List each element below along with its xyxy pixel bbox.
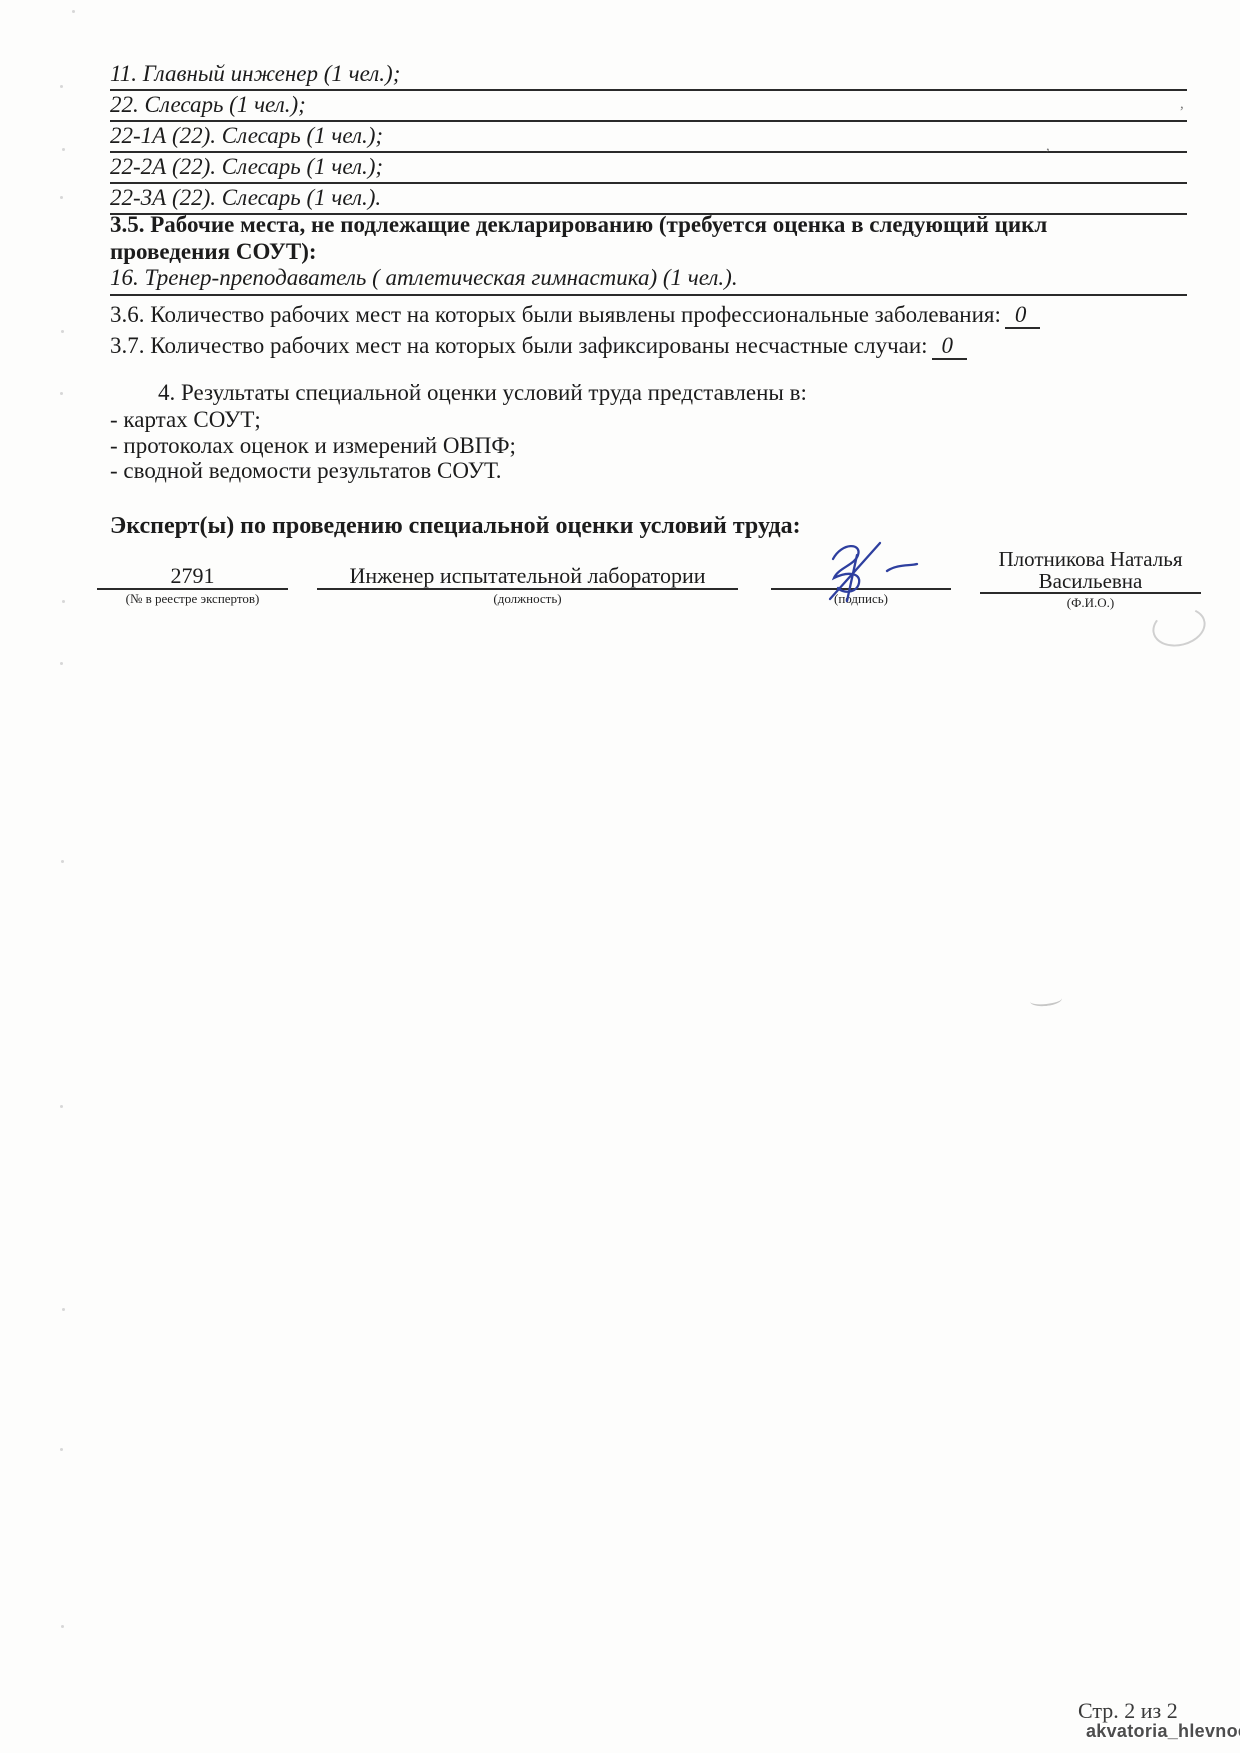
section-4-heading: 4. Результаты специальной оценки условий… (110, 380, 807, 406)
section-3-6: 3.6. Количество рабочих мест на которых … (110, 302, 1040, 328)
results-item: - сводной ведомости результатов СОУТ. (110, 458, 516, 484)
scan-speck (60, 1105, 63, 1108)
expert-registry-number: 2791 (97, 545, 288, 590)
scan-speck (60, 392, 63, 395)
expert-position-column: Инженер испытательной лаборатории (должн… (317, 545, 738, 606)
section-3-5-heading: 3.5. Рабочие места, не подлежащие деклар… (110, 211, 1100, 265)
expert-registry-label: (№ в реестре экспертов) (97, 591, 288, 606)
scan-speck (61, 860, 64, 863)
section-3-7-label: 3.7. Количество рабочих мест на которых … (110, 333, 928, 358)
workplace-line: 11. Главный инженер (1 чел.); (110, 60, 1187, 91)
scan-speck (60, 85, 63, 88)
workplace-line-16: 16. Тренер-преподаватель ( атлетическая … (110, 264, 1187, 296)
expert-position-label: (должность) (317, 591, 738, 606)
expert-name-label: (Ф.И.О.) (980, 595, 1201, 610)
scan-speck (60, 196, 63, 199)
expert-name-column: Плотникова Наталья Васильевна (Ф.И.О.) (980, 541, 1201, 610)
scan-mark: , (1046, 138, 1050, 155)
section-3-6-label: 3.6. Количество рабочих мест на которых … (110, 302, 1001, 327)
scan-mark: , (1180, 96, 1184, 113)
declared-workplaces-list: 11. Главный инженер (1 чел.); 22. Слесар… (110, 60, 1187, 215)
scanned-document-page: 11. Главный инженер (1 чел.); 22. Слесар… (0, 0, 1240, 1753)
scan-speck (62, 148, 65, 151)
handwritten-signature (800, 540, 924, 604)
watermark: akvatoria_hlevnoe (1086, 1721, 1240, 1742)
section-3-6-value: 0 (1005, 302, 1041, 329)
pencil-smudge (1029, 992, 1062, 1007)
workplace-line: 22-2А (22). Слесарь (1 чел.); (110, 153, 1187, 184)
scan-speck (60, 1448, 63, 1451)
scan-speck (61, 1625, 64, 1628)
expert-position: Инженер испытательной лаборатории (317, 545, 738, 590)
results-list: - картах СОУТ; - протоколах оценок и изм… (110, 407, 516, 484)
scan-speck (62, 600, 65, 603)
section-3-7: 3.7. Количество рабочих мест на которых … (110, 333, 967, 359)
scan-speck (62, 1308, 65, 1311)
scan-speck (60, 662, 63, 665)
results-item: - протоколах оценок и измерений ОВПФ; (110, 433, 516, 459)
scan-speck (61, 330, 64, 333)
experts-heading: Эксперт(ы) по проведению специальной оце… (110, 513, 801, 540)
workplace-line: 22-1А (22). Слесарь (1 чел.); (110, 122, 1187, 153)
section-3-7-value: 0 (932, 333, 968, 360)
expert-registry-column: 2791 (№ в реестре экспертов) (97, 545, 288, 606)
workplace-line: 22. Слесарь (1 чел.); (110, 91, 1187, 122)
scan-speck (72, 10, 75, 13)
results-item: - картах СОУТ; (110, 407, 516, 433)
expert-name: Плотникова Наталья Васильевна (980, 541, 1201, 594)
